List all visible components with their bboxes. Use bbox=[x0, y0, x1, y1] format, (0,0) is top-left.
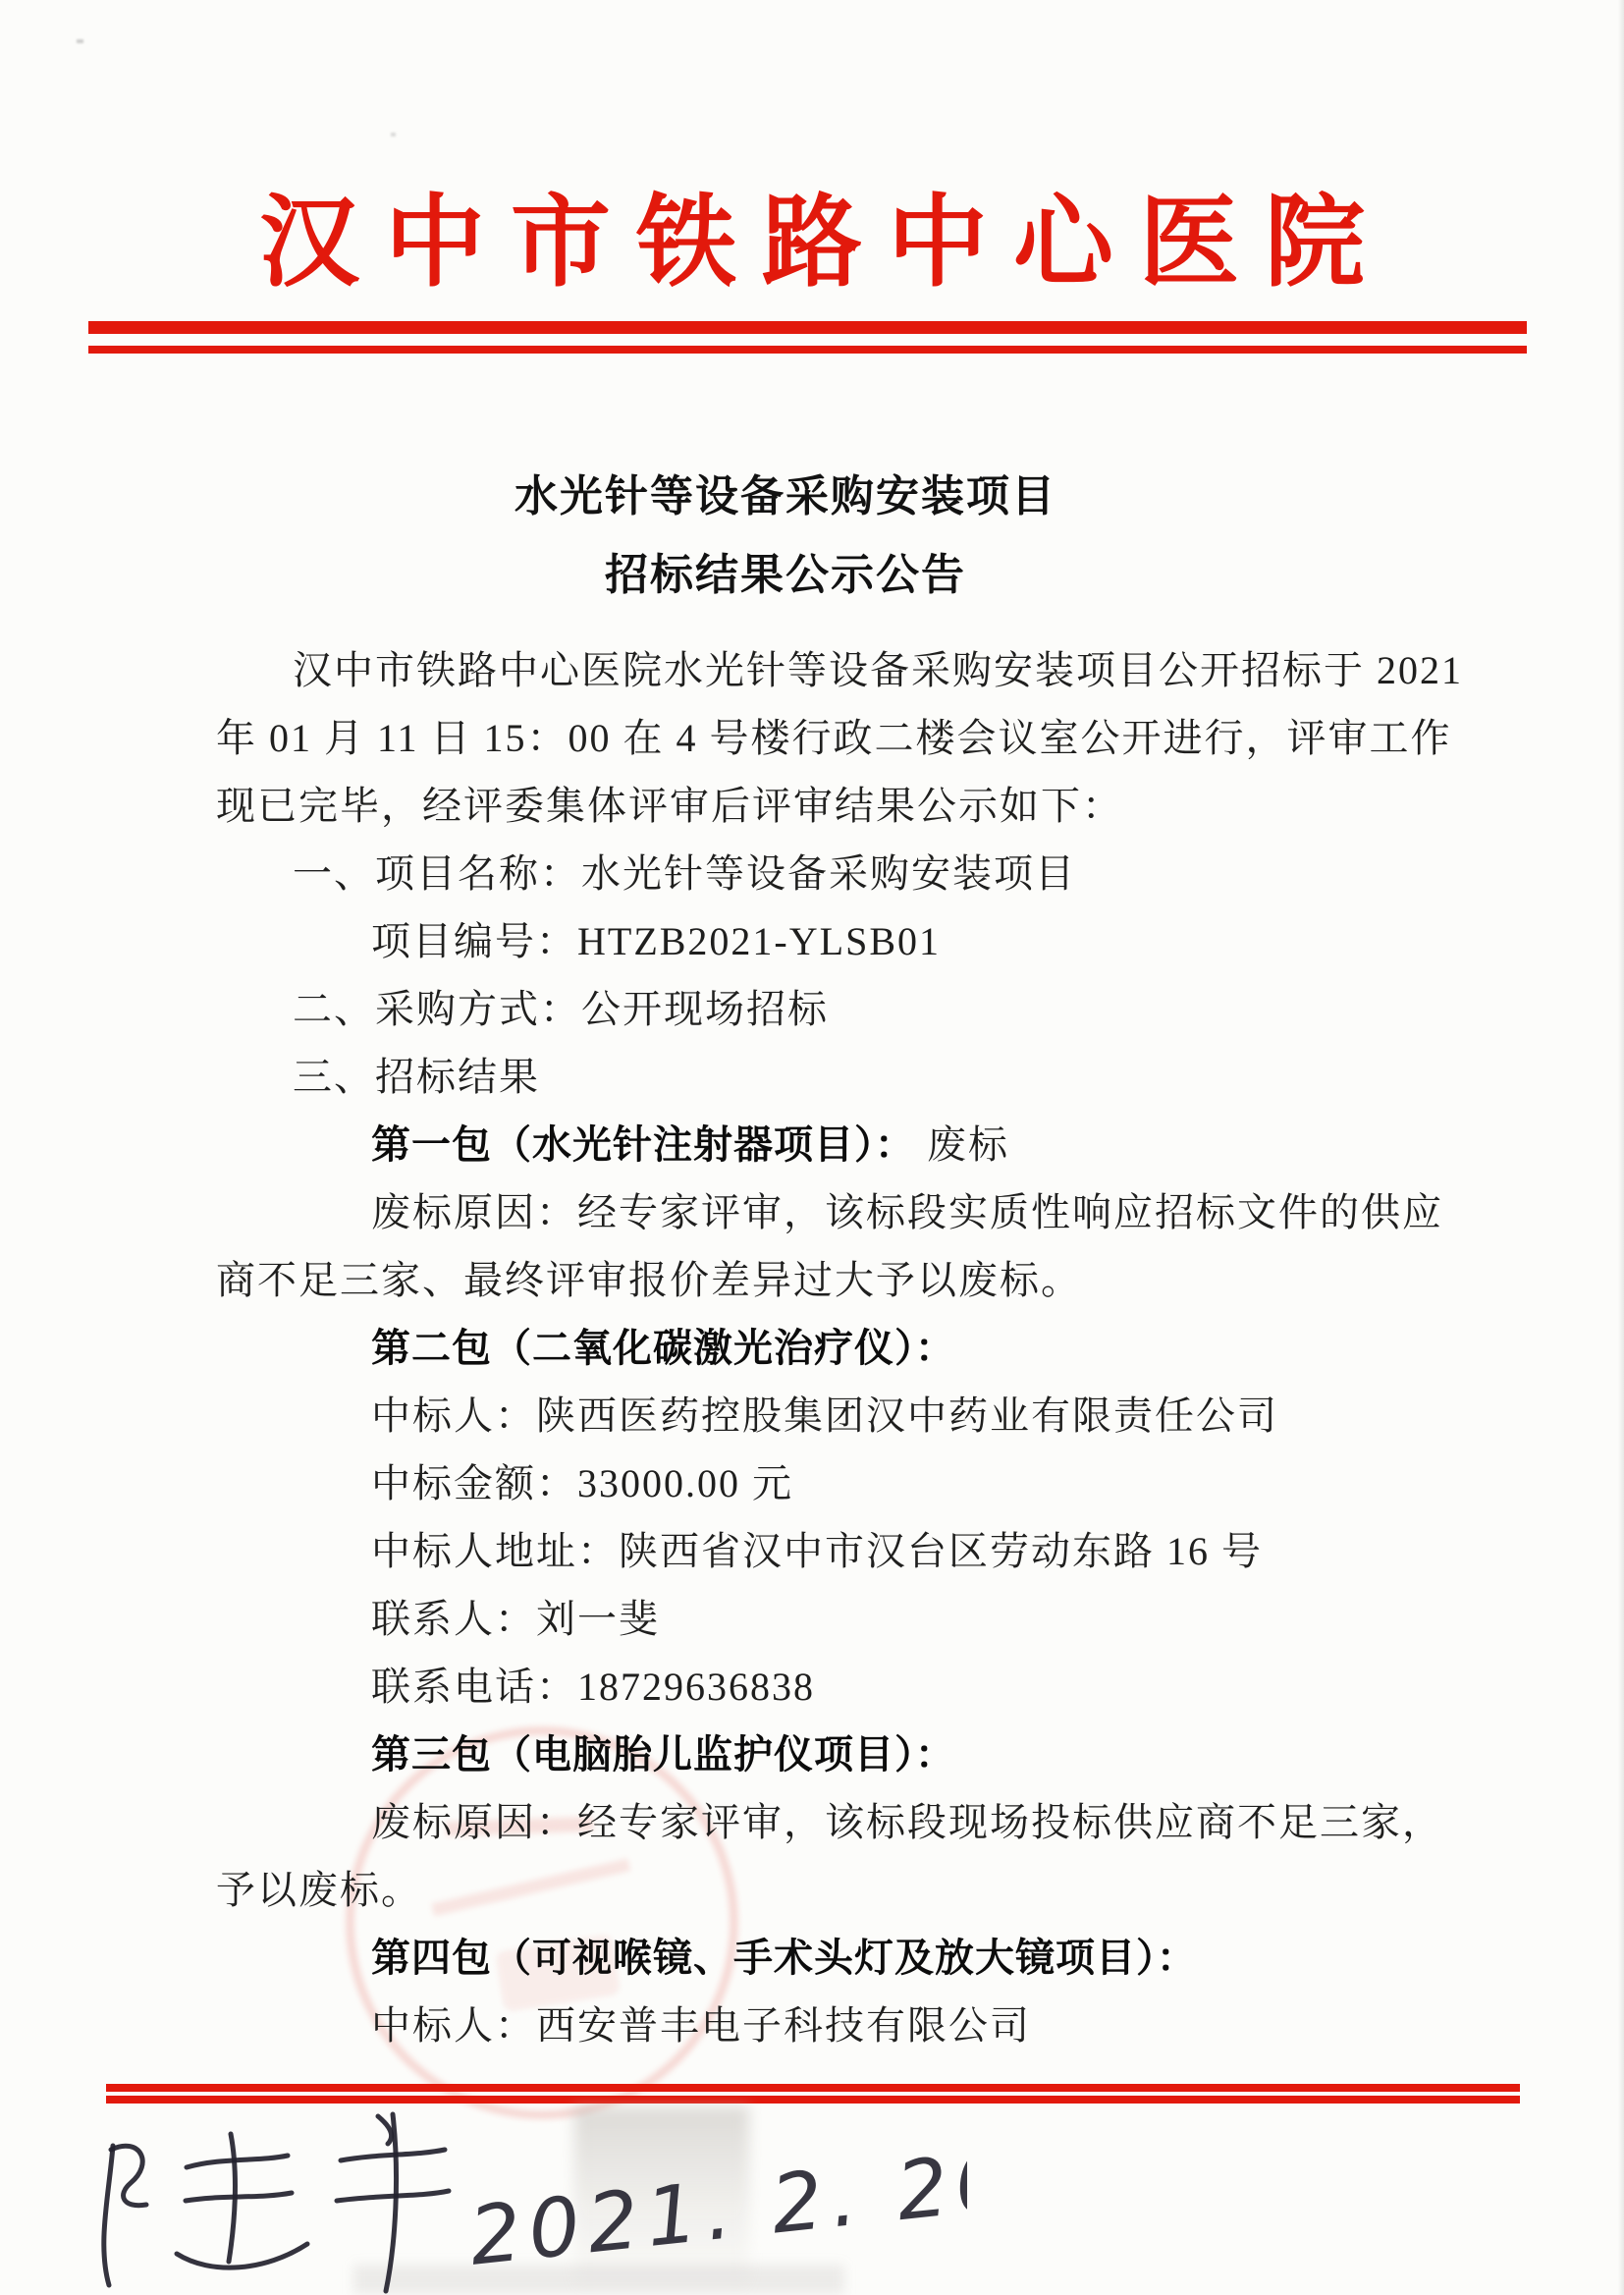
scanned-document-page: { "page": { "colors": { "accent_red": "#… bbox=[0, 0, 1624, 2295]
line-text-segment: 现已完毕，经评委集体评审后评审结果公示如下： bbox=[216, 775, 1123, 831]
line-text-segment: 中标金额：33000.00 元 bbox=[371, 1452, 793, 1508]
footer-rule-1 bbox=[106, 2084, 1520, 2092]
line-text-segment: 中标人地址：陕西省汉中市汉台区劳动东路 16 号 bbox=[371, 1520, 1263, 1576]
body-line: 第三包（电脑胎儿监护仪项目）： bbox=[216, 1718, 1360, 1785]
line-bold-segment: 第二包（二氧化碳激光治疗仪）： bbox=[371, 1317, 955, 1373]
body-line: 项目编号：HTZB2021-YLSB01 bbox=[216, 904, 1360, 972]
body-line: 中标人：西安普丰电子科技有限公司 bbox=[216, 1989, 1360, 2056]
announcement-body: 汉中市铁路中心医院水光针等设备采购安装项目公开招标于 2021 年 01 月 1… bbox=[216, 633, 1360, 2056]
body-line: 予以废标。 bbox=[216, 1853, 1360, 1921]
body-line: 第一包（水光针注射器项目）： 废标 bbox=[216, 1108, 1360, 1175]
line-text-segment: 项目编号：HTZB2021-YLSB01 bbox=[371, 910, 941, 966]
line-text-segment: 三、招标结果 bbox=[293, 1046, 540, 1102]
handwritten-signature: 2021. 2. 20. bbox=[83, 2106, 967, 2295]
body-line: 中标金额：33000.00 元 bbox=[216, 1447, 1360, 1514]
line-text-segment: 予以废标。 bbox=[216, 1859, 422, 1915]
body-line: 联系人：刘一斐 bbox=[216, 1582, 1360, 1650]
line-text-segment: 汉中市铁路中心医院水光针等设备采购安装项目公开招标于 2021 bbox=[293, 639, 1463, 695]
body-line: 废标原因：经专家评审，该标段实质性响应招标文件的供应 bbox=[216, 1175, 1360, 1243]
line-bold-segment: 第一包（水光针注射器项目）： bbox=[371, 1114, 915, 1170]
line-text-segment: 中标人：陕西医药控股集团汉中药业有限责任公司 bbox=[371, 1385, 1278, 1441]
body-line: 二、采购方式：公开现场招标 bbox=[216, 972, 1360, 1040]
line-text-segment: 商不足三家、最终评审报价差异过大予以废标。 bbox=[216, 1249, 1082, 1305]
body-line: 汉中市铁路中心医院水光针等设备采购安装项目公开招标于 2021 bbox=[216, 633, 1360, 701]
hospital-letterhead-title: 汉中市铁路中心医院 bbox=[0, 194, 1624, 295]
letterhead-rule-thin bbox=[88, 346, 1527, 354]
signature-name-strokes bbox=[104, 2114, 449, 2291]
scan-edge-shadow bbox=[1618, 0, 1624, 2295]
body-line: 第四包（可视喉镜、手术头灯及放大镜项目）： bbox=[216, 1921, 1360, 1989]
body-line: 商不足三家、最终评审报价差异过大予以废标。 bbox=[216, 1243, 1360, 1311]
body-line: 中标人：陕西医药控股集团汉中药业有限责任公司 bbox=[216, 1379, 1360, 1447]
document-title-line2: 招标结果公示公告 bbox=[216, 552, 1355, 599]
body-line: 年 01 月 11 日 15：00 在 4 号楼行政二楼会议室公开进行，评审工作 bbox=[216, 701, 1360, 769]
scan-speck bbox=[77, 39, 83, 43]
body-line: 一、项目名称：水光针等设备采购安装项目 bbox=[216, 837, 1360, 904]
line-text-segment: 中标人：西安普丰电子科技有限公司 bbox=[371, 1994, 1031, 2050]
line-text-segment: 一、项目名称：水光针等设备采购安装项目 bbox=[293, 843, 1076, 899]
footer-rule-2 bbox=[106, 2096, 1520, 2104]
line-text-segment: 废标原因：经专家评审，该标段实质性响应招标文件的供应 bbox=[371, 1181, 1443, 1237]
body-line: 废标原因：经专家评审，该标段现场投标供应商不足三家， bbox=[216, 1785, 1360, 1853]
body-line: 三、招标结果 bbox=[216, 1040, 1360, 1108]
scan-speck bbox=[391, 133, 396, 137]
body-line: 联系电话：18729636838 bbox=[216, 1650, 1360, 1718]
line-text-segment: 废标 bbox=[915, 1114, 1009, 1170]
line-text-segment: 联系人：刘一斐 bbox=[371, 1588, 660, 1644]
document-title-line1: 水光针等设备采购安装项目 bbox=[216, 473, 1355, 520]
line-text-segment: 年 01 月 11 日 15：00 在 4 号楼行政二楼会议室公开进行，评审工作 bbox=[216, 707, 1452, 763]
line-text-segment: 联系电话：18729636838 bbox=[371, 1656, 815, 1712]
line-text-segment: 二、采购方式：公开现场招标 bbox=[293, 978, 829, 1034]
body-line: 现已完毕，经评委集体评审后评审结果公示如下： bbox=[216, 769, 1360, 837]
body-line: 中标人地址：陕西省汉中市汉台区劳动东路 16 号 bbox=[216, 1514, 1360, 1582]
line-bold-segment: 第三包（电脑胎儿监护仪项目）： bbox=[371, 1723, 955, 1779]
body-line: 第二包（二氧化碳激光治疗仪）： bbox=[216, 1311, 1360, 1379]
signature-date: 2021. 2. 20. bbox=[465, 2130, 967, 2283]
letterhead-rule-thick bbox=[88, 321, 1527, 334]
line-text-segment: 废标原因：经专家评审，该标段现场投标供应商不足三家， bbox=[371, 1791, 1443, 1847]
line-bold-segment: 第四包（可视喉镜、手术头灯及放大镜项目）： bbox=[371, 1927, 1197, 1983]
